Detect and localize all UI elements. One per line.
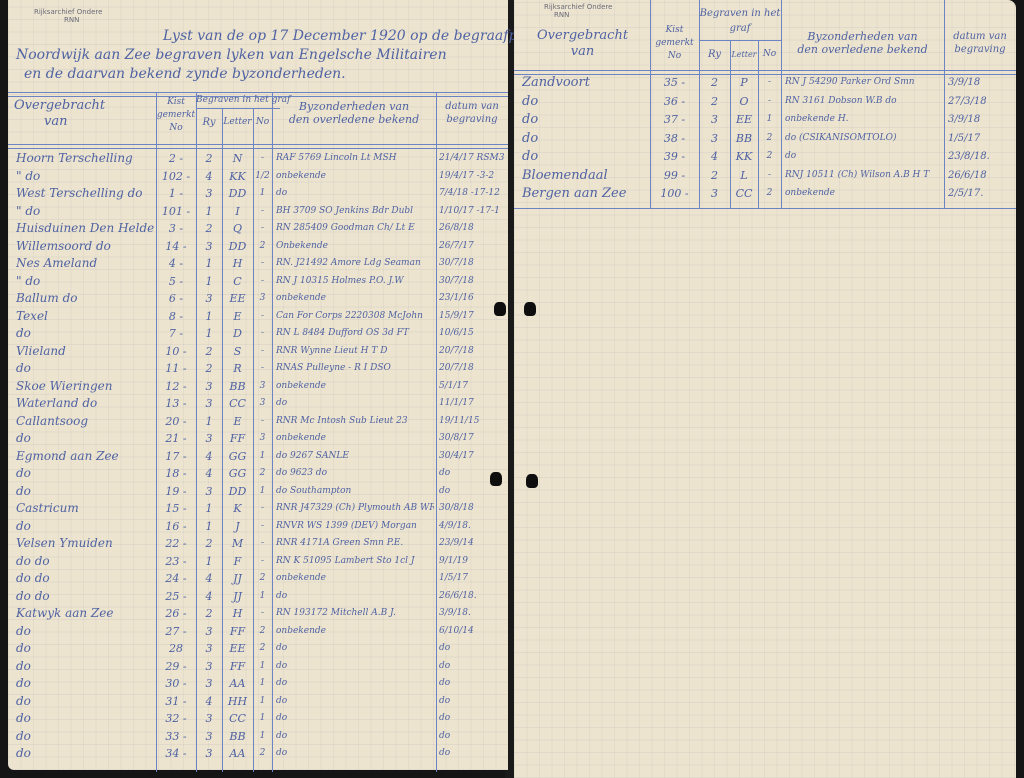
- cell-no: 2: [758, 183, 781, 204]
- header-letter: Letter: [730, 48, 758, 61]
- header-buried: Begraven in het graf: [196, 94, 280, 107]
- cell-from: do: [16, 743, 154, 764]
- cell-coffin: 100 -: [650, 183, 699, 204]
- binding-hole: [526, 474, 538, 488]
- table-row: do34 -3AA2dodo: [8, 743, 508, 764]
- cell-no: 2: [253, 743, 272, 764]
- header-row: Ry: [196, 116, 222, 129]
- header-coffin: Kist gemerkt No: [156, 96, 196, 135]
- cell-from: Bergen aan Zee: [522, 183, 648, 204]
- cell-row: 3: [699, 183, 730, 204]
- cell-coffin: 34 -: [156, 743, 196, 764]
- cell-details: onbekende: [785, 183, 942, 204]
- header-coffin: Kist gemerkt No: [650, 24, 699, 63]
- header-details: Byzonderheden van den overledene bekend: [781, 30, 944, 56]
- archive-stamp: Rijksarchief Ondere RNN: [544, 3, 612, 19]
- cell-letter: AA: [222, 743, 253, 764]
- header-from: Overgebracht van: [520, 28, 645, 60]
- header-letter: Letter: [222, 116, 253, 129]
- header-row: Ry: [699, 48, 730, 61]
- header-from: Overgebracht van: [14, 98, 144, 130]
- cell-details: do: [276, 743, 434, 764]
- binding-hole: [490, 472, 502, 486]
- header-date: datum van begraving: [436, 100, 508, 126]
- header-buried: Begraven in het graf: [699, 6, 781, 36]
- title-line-3: en de daarvan bekend zynde byzonderheden…: [24, 66, 346, 82]
- cell-date: 2/5/17.: [948, 183, 1014, 204]
- cell-letter: CC: [730, 183, 758, 204]
- left-page: Rijksarchief Ondere RNN Lyst van de op 1…: [8, 0, 508, 770]
- cell-row: 3: [196, 743, 222, 764]
- title-line-2: Noordwijk aan Zee begraven lyken van Eng…: [16, 47, 447, 63]
- binding-hole: [524, 302, 536, 316]
- header-number: No: [758, 48, 781, 61]
- cell-date: do: [439, 743, 507, 764]
- header-number: No: [253, 116, 272, 129]
- binding-hole: [494, 302, 506, 316]
- archive-stamp: Rijksarchief Ondere RNN: [34, 8, 102, 24]
- header-details: Byzonderheden van den overledene bekend: [272, 100, 436, 126]
- table-end-rule: [514, 208, 1016, 209]
- title-line-1: Lyst van de op 17 December 1920 op de be…: [163, 28, 551, 44]
- table-row: Bergen aan Zee100 -3CC2onbekende2/5/17.: [514, 183, 1016, 204]
- header-date: datum van begraving: [944, 30, 1016, 56]
- right-page: Rijksarchief Ondere RNN Overgebracht van…: [514, 0, 1016, 778]
